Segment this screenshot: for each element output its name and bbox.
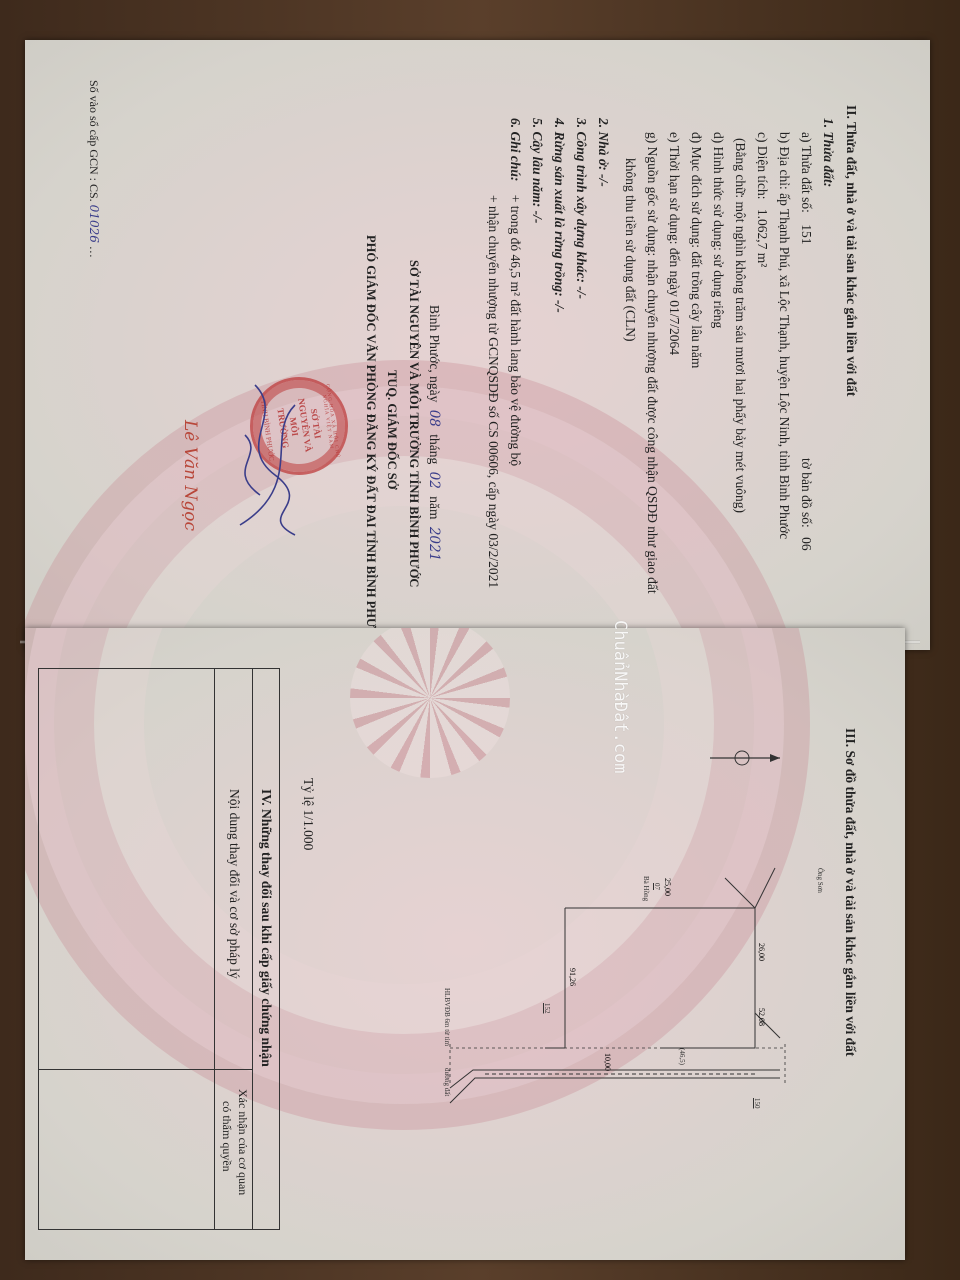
col-changes-header: Nội dung thay đổi và cơ sở pháp lý: [228, 789, 242, 979]
changes-table-header: IV. Những thay đổi sau khi cấp giấy chứn…: [252, 669, 279, 1229]
neighbor-parcel-152: 152: [543, 1003, 550, 1014]
map-sheet-value: 06: [799, 537, 814, 551]
edge-label-52: 52,08: [757, 1008, 766, 1026]
date-year: 2021: [426, 527, 442, 561]
area-value: 1.062,7 m²: [755, 209, 770, 267]
edge-label-25: 25,00: [663, 878, 672, 896]
map-sheet-row: tờ bản đồ số: 06: [800, 458, 814, 551]
section4-title: IV. Những thay đổi sau khi cấp giấy chứn…: [260, 789, 274, 1067]
area-in-words: (Bằng chữ: một nghìn không trăm sáu mươi…: [734, 138, 748, 513]
col-authority-header-line1: Xác nhận của cơ quan: [237, 1089, 249, 1195]
use-purpose: đ) Mục đích sử dụng: đất trồng cây lâu n…: [690, 132, 704, 368]
use-term: e) Thời hạn sử dụng: đến ngày 01/7/2064: [668, 132, 682, 355]
changes-table: IV. Những thay đổi sau khi cấp giấy chứn…: [38, 668, 280, 1230]
issuing-org: SỞ TÀI NGUYÊN VÀ MÔI TRƯỜNG TỈNH BÌNH PH…: [408, 260, 421, 587]
area-row: c) Diện tích: 1.062,7 m²: [756, 132, 770, 267]
notes-row: 6. Ghi chú: + trong đó 46,5 m² đất hành …: [509, 118, 523, 466]
corridor-label: HLBVĐB 6m từ tim: [443, 988, 450, 1046]
parcel-diagram: 91,26 52,08 26,00 25,00 10,00: [435, 848, 795, 1188]
signer-title: PHÓ GIÁM ĐỐC VĂN PHÒNG ĐĂNG KÝ ĐẤT ĐAI T…: [365, 235, 378, 647]
road-label: đường đất: [443, 1068, 450, 1096]
parcel-number-label: a) Thửa đất số:: [799, 132, 814, 213]
note-2: + nhận chuyển nhượng từ GCNQSDĐ số CS 00…: [487, 195, 501, 588]
origin-line1: g) Nguồn gốc sử dụng: nhận chuyển nhượng…: [646, 132, 660, 594]
right-page: III. Sơ đồ thửa đất, nhà ở và tài sản kh…: [25, 628, 905, 1260]
watermark-text: ChuẩnNhàĐất.com: [610, 620, 630, 774]
edge-label-10: 10,00: [603, 1053, 612, 1071]
date-day: 08: [426, 410, 442, 427]
col-authority-header-line2: có thẩm quyền: [221, 1101, 233, 1172]
edge-label-91: 91,26: [568, 968, 577, 986]
register-number-label: Số vào sổ cấp GCN : CS.: [87, 80, 101, 202]
other-construction: 3. Công trình xây dựng khác: -/-: [575, 118, 589, 299]
item1-heading: 1. Thửa đất:: [822, 118, 836, 187]
note-1: + trong đó 46,5 m² đất hành lang bảo vệ …: [508, 195, 523, 466]
section2-title: II. Thửa đất, nhà ở và tài sản khác gắn …: [845, 105, 859, 396]
handwritten-signature: [220, 375, 315, 545]
date-month: 02: [426, 472, 442, 489]
map-sheet-label: tờ bản đồ số:: [799, 458, 814, 528]
section3-title: III. Sơ đồ thửa đất, nhà ở và tài sản kh…: [844, 728, 858, 1056]
date-prefix: Bình Phước, ngày: [427, 305, 442, 402]
parcel-number-value: 151: [799, 224, 814, 244]
production-forest: 4. Rừng sản xuất là rừng trồng: -/-: [553, 118, 567, 313]
origin-line2: không thu tiền sử dụng đất (CLN): [624, 158, 638, 342]
left-page: II. Thửa đất, nhà ở và tài sản khác gắn …: [25, 40, 930, 650]
scale: Tỷ lệ 1/1.000: [302, 778, 316, 850]
house: 2. Nhà ở: -/-: [597, 118, 611, 187]
signer-name: Lê Văn Ngọc: [180, 420, 200, 531]
issue-date: Bình Phước, ngày 08 tháng 02 năm 2021: [427, 305, 442, 561]
neighbor-parcel-150: 150: [753, 1098, 760, 1109]
proxy-title: TUQ. GIÁM ĐỐC SỞ: [386, 370, 399, 489]
corridor-area: (46,5): [678, 1048, 685, 1065]
neighbor-owner-ong-son: Ông Sơn: [816, 868, 823, 893]
register-number-value: 01026: [87, 205, 101, 243]
land-use-certificate: II. Thửa đất, nhà ở và tài sản khác gắn …: [0, 0, 960, 1280]
area-label: c) Diện tích:: [755, 132, 770, 199]
perennial-trees: 5. Cây lâu năm: -/-: [531, 118, 545, 223]
use-form: d) Hình thức sử dụng: sử dụng riêng: [712, 132, 726, 328]
register-number-row: Số vào sổ cấp GCN : CS. 01026 …: [88, 80, 100, 258]
north-arrow-icon: [710, 748, 780, 768]
neighbor-owner-ba-hong: Bà Hồng: [642, 876, 649, 901]
address: b) Địa chỉ: ấp Thạnh Phú, xã Lộc Thạnh, …: [778, 132, 792, 539]
neighbor-parcel-07: 07: [653, 883, 660, 890]
parcel-number-row: a) Thửa đất số: 151: [800, 132, 814, 245]
edge-label-26: 26,00: [757, 943, 766, 961]
year-label: năm: [427, 496, 442, 519]
notes-label: 6. Ghi chú:: [508, 118, 523, 181]
month-label: tháng: [427, 434, 442, 464]
